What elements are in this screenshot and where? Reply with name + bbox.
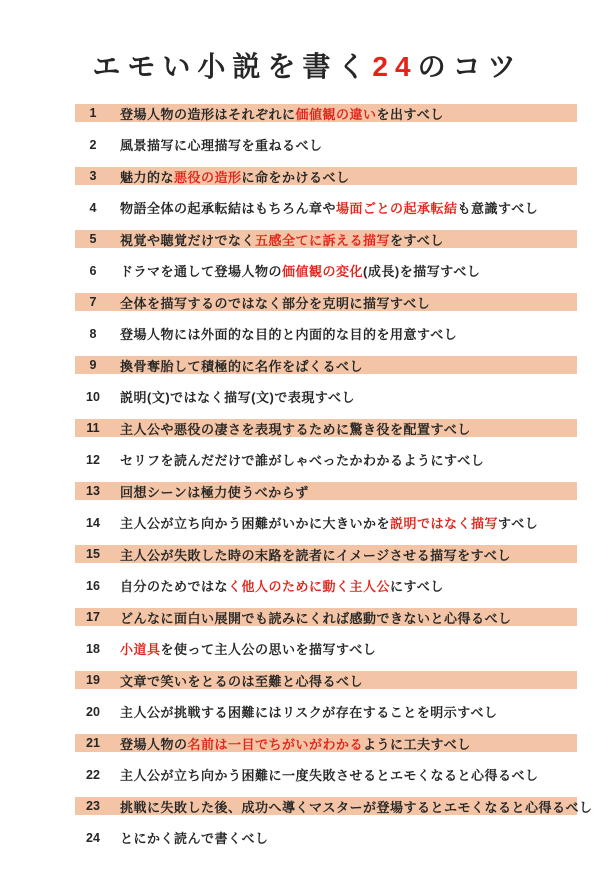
tip-row-18: 18小道具を使って主人公の思いを描写すべし bbox=[75, 640, 577, 658]
tip-text: セリフを読んだだけで誰がしゃべったかわかるようにすべし bbox=[111, 450, 484, 469]
tip-text: とにかく読んで書くべし bbox=[111, 828, 269, 847]
tip-text: 全体を描写するのではなく部分を克明に描写すべし bbox=[111, 293, 430, 312]
tip-number: 14 bbox=[75, 516, 111, 530]
tip-text-plain: 視覚や聴覚だけでなく bbox=[120, 233, 255, 248]
tip-number: 11 bbox=[75, 421, 111, 435]
title-number: 24 bbox=[372, 51, 417, 82]
tip-text: 視覚や聴覚だけでなく五感全てに訴える描写をすべし bbox=[111, 230, 444, 249]
tip-number: 5 bbox=[75, 232, 111, 246]
tip-number: 24 bbox=[75, 831, 111, 845]
tip-text: 魅力的な悪役の造形に命をかけるべし bbox=[111, 167, 350, 186]
tip-text-plain: 登場人物には外面的な目的と内面的な目的を用意すべし bbox=[120, 327, 457, 342]
tip-row-23: 23挑戦に失敗した後、成功へ導くマスターが登場するとエモくなると心得るべし bbox=[75, 797, 577, 815]
tip-text: 挑戦に失敗した後、成功へ導くマスターが登場するとエモくなると心得るべし bbox=[111, 797, 593, 816]
tip-text-plain: 登場人物の造形はそれぞれに bbox=[120, 107, 296, 122]
tip-text-emphasis: く他人のために動く主人公 bbox=[228, 579, 390, 594]
tip-row-13: 13回想シーンは極力使うべからず bbox=[75, 482, 577, 500]
tip-text-plain: 物語全体の起承転結はもちろん章や bbox=[120, 201, 336, 216]
tip-row-10: 10説明(文)ではなく描写(文)で表現すべし bbox=[75, 388, 577, 406]
tip-text-plain: 説明(文)ではなく描写(文)で表現すべし bbox=[120, 390, 355, 405]
tip-text: 主人公や悪役の凄さを表現するために驚き役を配置すべし bbox=[111, 419, 471, 438]
tip-number: 20 bbox=[75, 705, 111, 719]
tip-row-19: 19文章で笑いをとるのは至難と心得るべし bbox=[75, 671, 577, 689]
page-title: エモい小説を書く24のコツ bbox=[0, 50, 615, 84]
tip-text-emphasis: 価値観の変化 bbox=[282, 264, 363, 279]
tip-number: 23 bbox=[75, 799, 111, 813]
tip-text: 主人公が立ち向かう困難がいかに大きいかを説明ではなく描写すべし bbox=[111, 513, 538, 532]
tip-number: 16 bbox=[75, 579, 111, 593]
tip-text-plain: 主人公が挑戦する困難にはリスクが存在することを明示すべし bbox=[120, 705, 497, 720]
tip-text-plain: 文章で笑いをとるのは至難と心得るべし bbox=[120, 674, 363, 689]
tip-text-emphasis: 説明ではなく描写 bbox=[390, 516, 498, 531]
tip-row-14: 14主人公が立ち向かう困難がいかに大きいかを説明ではなく描写すべし bbox=[75, 514, 577, 532]
tip-number: 18 bbox=[75, 642, 111, 656]
tip-row-11: 11主人公や悪役の凄さを表現するために驚き役を配置すべし bbox=[75, 419, 577, 437]
tip-text: 登場人物には外面的な目的と内面的な目的を用意すべし bbox=[111, 324, 457, 343]
tip-number: 10 bbox=[75, 390, 111, 404]
tip-number: 7 bbox=[75, 295, 111, 309]
tip-row-2: 2風景描写に心理描写を重ねるべし bbox=[75, 136, 577, 154]
tip-text-emphasis: 価値観の違い bbox=[296, 107, 377, 122]
tip-row-17: 17どんなに面白い展開でも読みにくれば感動できないと心得るべし bbox=[75, 608, 577, 626]
tip-text: 登場人物の名前は一目でちがいがわかるように工夫すべし bbox=[111, 734, 471, 753]
tip-row-21: 21登場人物の名前は一目でちがいがわかるように工夫すべし bbox=[75, 734, 577, 752]
tip-text: 説明(文)ではなく描写(文)で表現すべし bbox=[111, 387, 355, 406]
tip-text-plain: (成長)を描写すべし bbox=[363, 264, 480, 279]
tip-text: 物語全体の起承転結はもちろん章や場面ごとの起承転結も意識すべし bbox=[111, 198, 538, 217]
tip-row-8: 8登場人物には外面的な目的と内面的な目的を用意すべし bbox=[75, 325, 577, 343]
tip-text-plain: ドラマを通して登場人物の bbox=[120, 264, 282, 279]
tip-number: 2 bbox=[75, 138, 111, 152]
title-prefix: エモい小説を書く bbox=[92, 51, 372, 82]
tip-text: 自分のためではなく他人のために動く主人公にすべし bbox=[111, 576, 444, 595]
tip-number: 4 bbox=[75, 201, 111, 215]
tip-row-9: 9換骨奪胎して積極的に名作をぱくるべし bbox=[75, 356, 577, 374]
tip-number: 12 bbox=[75, 453, 111, 467]
tip-number: 3 bbox=[75, 169, 111, 183]
tip-number: 15 bbox=[75, 547, 111, 561]
tips-list: 1登場人物の造形はそれぞれに価値観の違いを出すべし2風景描写に心理描写を重ねるべ… bbox=[75, 104, 577, 860]
document-page: エモい小説を書く24のコツ 1登場人物の造形はそれぞれに価値観の違いを出すべし2… bbox=[0, 0, 615, 888]
tip-text: ドラマを通して登場人物の価値観の変化(成長)を描写すべし bbox=[111, 261, 480, 280]
tip-text: 主人公が挑戦する困難にはリスクが存在することを明示すべし bbox=[111, 702, 497, 721]
tip-number: 22 bbox=[75, 768, 111, 782]
tip-text-emphasis: 悪役の造形 bbox=[174, 170, 242, 185]
tip-text-plain: 主人公が失敗した時の末路を読者にイメージさせる描写をすべし bbox=[120, 548, 511, 563]
tip-text: 文章で笑いをとるのは至難と心得るべし bbox=[111, 671, 363, 690]
tip-text: 登場人物の造形はそれぞれに価値観の違いを出すべし bbox=[111, 104, 444, 123]
tip-text-emphasis: 場面ごとの起承転結 bbox=[336, 201, 458, 216]
tip-row-15: 15主人公が失敗した時の末路を読者にイメージさせる描写をすべし bbox=[75, 545, 577, 563]
tip-number: 19 bbox=[75, 673, 111, 687]
tip-row-1: 1登場人物の造形はそれぞれに価値観の違いを出すべし bbox=[75, 104, 577, 122]
tip-number: 1 bbox=[75, 106, 111, 120]
tip-text-plain: どんなに面白い展開でも読みにくれば感動できないと心得るべし bbox=[120, 611, 512, 626]
tip-number: 6 bbox=[75, 264, 111, 278]
tip-text: 換骨奪胎して積極的に名作をぱくるべし bbox=[111, 356, 363, 375]
tip-text: 小道具を使って主人公の思いを描写すべし bbox=[111, 639, 376, 658]
tip-text-plain: 挑戦に失敗した後、成功へ導くマスターが登場するとエモくなると心得るべし bbox=[120, 800, 593, 815]
tip-text: 風景描写に心理描写を重ねるべし bbox=[111, 135, 323, 154]
tip-number: 8 bbox=[75, 327, 111, 341]
tip-text: 主人公が失敗した時の末路を読者にイメージさせる描写をすべし bbox=[111, 545, 511, 564]
tip-number: 17 bbox=[75, 610, 111, 624]
tip-text-plain: 登場人物の bbox=[120, 737, 188, 752]
tip-text: どんなに面白い展開でも読みにくれば感動できないと心得るべし bbox=[111, 608, 512, 627]
tip-text-plain: も意識すべし bbox=[458, 201, 539, 216]
tip-text-plain: に命をかけるべし bbox=[242, 170, 350, 185]
tip-text-plain: すべし bbox=[498, 516, 538, 531]
tip-text-plain: を出すべし bbox=[377, 107, 444, 122]
tip-text-emphasis: 五感全てに訴える描写 bbox=[255, 233, 390, 248]
tip-text: 回想シーンは極力使うべからず bbox=[111, 482, 309, 501]
title-suffix: のコツ bbox=[418, 51, 523, 82]
tip-text-plain: 主人公が立ち向かう困難がいかに大きいかを bbox=[120, 516, 390, 531]
tip-text-plain: 魅力的な bbox=[120, 170, 174, 185]
tip-text-plain: とにかく読んで書くべし bbox=[120, 831, 269, 846]
tip-row-4: 4物語全体の起承転結はもちろん章や場面ごとの起承転結も意識すべし bbox=[75, 199, 577, 217]
tip-text-plain: セリフを読んだだけで誰がしゃべったかわかるようにすべし bbox=[120, 453, 484, 468]
tip-text-plain: ように工夫すべし bbox=[363, 737, 471, 752]
tip-text-plain: 主人公や悪役の凄さを表現するために驚き役を配置すべし bbox=[120, 422, 471, 437]
tip-text: 主人公が立ち向かう困難に一度失敗させるとエモくなると心得るべし bbox=[111, 765, 539, 784]
tip-number: 9 bbox=[75, 358, 111, 372]
tip-text-plain: をすべし bbox=[390, 233, 444, 248]
tip-row-6: 6ドラマを通して登場人物の価値観の変化(成長)を描写すべし bbox=[75, 262, 577, 280]
tip-text-emphasis: 小道具 bbox=[120, 642, 161, 657]
tip-row-24: 24とにかく読んで書くべし bbox=[75, 829, 577, 847]
tip-text-plain: 換骨奪胎して積極的に名作をぱくるべし bbox=[120, 359, 363, 374]
tip-row-12: 12セリフを読んだだけで誰がしゃべったかわかるようにすべし bbox=[75, 451, 577, 469]
tip-text-plain: 風景描写に心理描写を重ねるべし bbox=[120, 138, 323, 153]
tip-row-16: 16自分のためではなく他人のために動く主人公にすべし bbox=[75, 577, 577, 595]
tip-text-plain: 回想シーンは極力使うべからず bbox=[120, 485, 309, 500]
tip-row-20: 20主人公が挑戦する困難にはリスクが存在することを明示すべし bbox=[75, 703, 577, 721]
tip-row-22: 22主人公が立ち向かう困難に一度失敗させるとエモくなると心得るべし bbox=[75, 766, 577, 784]
tip-row-7: 7全体を描写するのではなく部分を克明に描写すべし bbox=[75, 293, 577, 311]
tip-row-5: 5視覚や聴覚だけでなく五感全てに訴える描写をすべし bbox=[75, 230, 577, 248]
tip-number: 21 bbox=[75, 736, 111, 750]
tip-text-emphasis: 名前は一目でちがいがわかる bbox=[188, 737, 364, 752]
tip-text-plain: にすべし bbox=[390, 579, 444, 594]
tip-row-3: 3魅力的な悪役の造形に命をかけるべし bbox=[75, 167, 577, 185]
tip-text-plain: 全体を描写するのではなく部分を克明に描写すべし bbox=[120, 296, 430, 311]
tip-text-plain: を使って主人公の思いを描写すべし bbox=[161, 642, 377, 657]
tip-text-plain: 主人公が立ち向かう困難に一度失敗させるとエモくなると心得るべし bbox=[120, 768, 539, 783]
tip-text-plain: 自分のためではな bbox=[120, 579, 228, 594]
tip-number: 13 bbox=[75, 484, 111, 498]
